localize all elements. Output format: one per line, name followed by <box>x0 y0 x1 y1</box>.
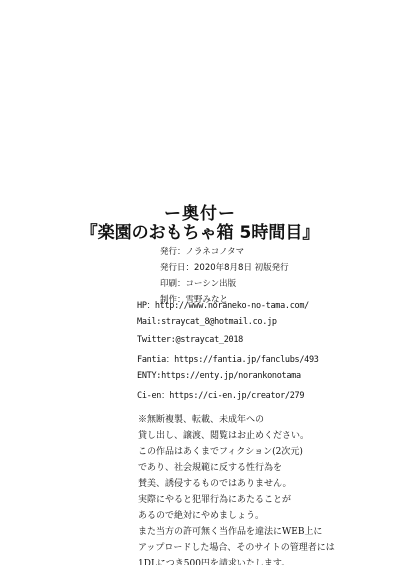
notice-line: この作品はあくまでフィクション(2次元) <box>138 444 303 457</box>
credit-publisher: 発行：ノラネコノタマ <box>160 245 244 257</box>
notice-line: また当方の許可無く当作品を違法にWEB上に <box>138 524 322 537</box>
link-homepage: HP：http://www.noraneko-no-tama.com/ <box>137 299 309 311</box>
notice-line: ※無断複製、転載、未成年への <box>138 412 264 425</box>
book-title: 『楽園のおもちゃ箱 5時間目』 <box>0 218 400 243</box>
notice-line: あるので絶対にやめましょう。 <box>138 508 264 521</box>
credit-printer: 印刷：コーシン出版 <box>160 277 236 289</box>
notice-line: 貸し出し、譲渡、閲覧はお止めください。 <box>138 428 309 441</box>
notice-line: アップロードした場合、そのサイトの管理者には <box>138 540 335 553</box>
notice-line: 賛美、誘侵するものではありません。 <box>138 476 292 489</box>
credit-publish-date: 発行日：2020年8月8日 初版発行 <box>160 261 289 273</box>
link-twitter: Twitter:@straycat_2018 <box>137 335 243 345</box>
link-mail: Mail:straycat_8@hotmail.co.jp <box>137 317 277 327</box>
link-enty: ENTY:https://enty.jp/norankonotama <box>137 371 301 381</box>
link-cien: Ci-en：https://ci-en.jp/creator/279 <box>137 389 304 401</box>
link-fantia: Fantia：https://fantia.jp/fanclubs/493 <box>137 353 319 365</box>
notice-line: であり、社会規範に反する性行為を <box>138 460 282 473</box>
notice-line: 実際にやると犯罪行為にあたることが <box>138 492 291 505</box>
notice-line: 1DLにつき500円を請求いたします。 <box>138 556 290 565</box>
